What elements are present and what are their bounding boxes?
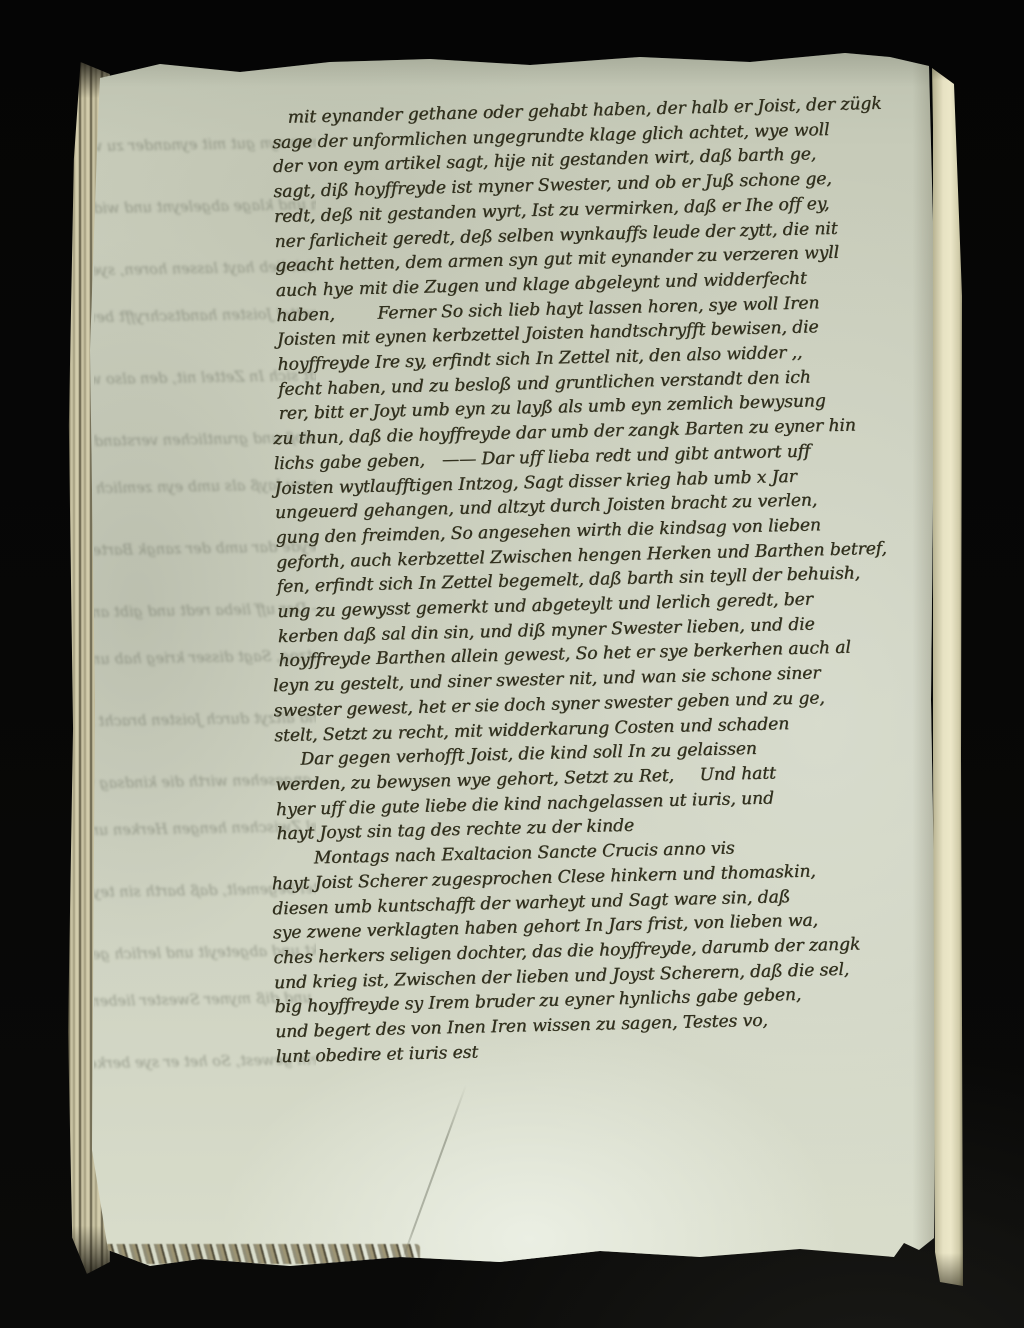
manuscript-page: geacht hetten, dem armen syn gut mit eyn… — [86, 50, 938, 1276]
photo-stage: geacht hetten, dem armen syn gut mit eyn… — [0, 0, 1024, 1328]
bottom-edge-debris — [100, 1244, 420, 1264]
page-crease — [399, 1085, 467, 1266]
handwritten-text-block: mit eynander gethane oder gehabt haben, … — [271, 91, 954, 1091]
